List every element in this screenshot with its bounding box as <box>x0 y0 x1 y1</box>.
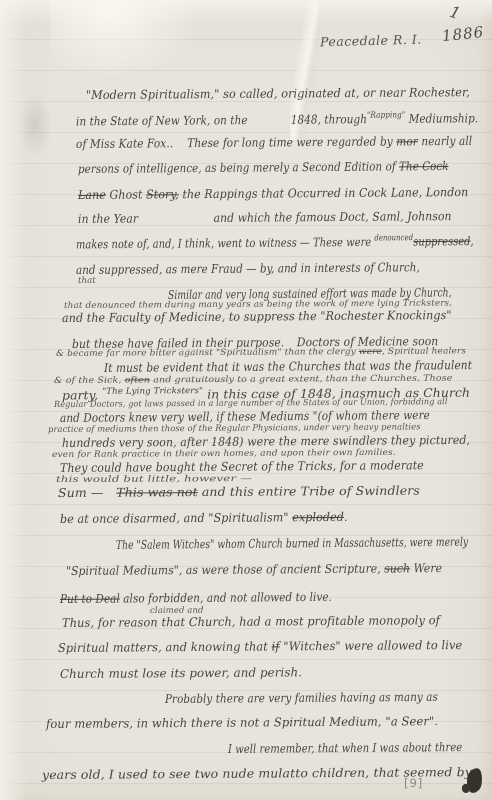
manuscript-segment: These for long time were regarded by <box>187 134 396 150</box>
manuscript-line: this would but little, however — <box>56 474 252 485</box>
manuscript-segment: "Witches" were allowed to live <box>280 638 463 653</box>
manuscript-segment-strike: such <box>384 561 410 575</box>
manuscript-line: Thus, for reason that Church, had a most… <box>62 613 440 630</box>
manuscript-line: They could have bought the Secret of the… <box>60 458 424 475</box>
manuscript-segment-strike: Put to Deal <box>60 592 120 606</box>
manuscript-line: persons of intelligence, as being merely… <box>78 159 449 176</box>
manuscript-line: and suppressed, as mere Fraud — by, and … <box>76 260 420 277</box>
manuscript-line: Sum —This was not and this entire Tribe … <box>58 484 420 500</box>
manuscript-line: four members, in which there is not a Sp… <box>46 714 438 731</box>
manuscript-segment-strike: Story, <box>146 187 179 201</box>
manuscript-segment: I well remember, that when I was about t… <box>228 740 462 756</box>
manuscript-segment: Sum — <box>58 486 104 500</box>
manuscript-segment: Church must lose its power, and perish. <box>60 665 302 681</box>
manuscript-page: 1 Peacedale R. I. 1886 "Modern Spiritual… <box>0 0 492 800</box>
manuscript-line: "Modern Spiritualism," so called, origin… <box>86 85 470 102</box>
manuscript-line: of Miss Kate Fox..These for long time we… <box>76 134 472 151</box>
manuscript-segment-strike: The Cock <box>399 159 449 173</box>
manuscript-line: Spiritual matters, and knowing that if "… <box>58 638 462 655</box>
manuscript-segment: , <box>470 234 473 248</box>
manuscript-line: in the State of New York, on the1848, th… <box>76 109 478 129</box>
manuscript-segment: It must be evident that it was the Churc… <box>104 358 472 375</box>
manuscript-segment: 1848, through <box>291 112 367 127</box>
manuscript-line: that <box>78 276 96 286</box>
manuscript-segment: Spiritual matters, and knowing that <box>58 639 272 655</box>
manuscript-line: I well remember, that when I was about t… <box>228 740 462 756</box>
manuscript-segment-strike: often <box>125 375 150 385</box>
manuscript-line: makes note of, and, I think, went to wit… <box>76 232 474 252</box>
manuscript-line: be at once disarmed, and "Spiritualism" … <box>60 510 348 526</box>
manuscript-segment: that <box>78 276 96 286</box>
manuscript-segment-strike: This was not <box>116 485 198 500</box>
manuscript-segment: four members, in which there is not a Sp… <box>46 714 438 731</box>
manuscript-segment: Thus, for reason that Church, had a most… <box>62 613 440 630</box>
manuscript-segment <box>138 222 214 223</box>
manuscript-line: Lane Ghost Story, the Rappings that Occu… <box>78 185 468 202</box>
manuscript-segment: and this entire Tribe of Swindlers <box>198 484 420 499</box>
manuscript-segment: nearly all <box>418 134 472 148</box>
manuscript-segment: and suppressed, as mere Fraud — by, and … <box>76 260 420 277</box>
manuscript-segment-strike: if <box>272 639 280 653</box>
manuscript-segment: Probably there are very families having … <box>165 690 438 706</box>
manuscript-segment: They could have bought the Secret of the… <box>60 458 424 475</box>
manuscript-segment-sup: "The Lying Tricksters" <box>102 385 203 396</box>
manuscript-line: Church must lose its power, and perish. <box>60 665 302 681</box>
manuscript-line: Put to Deal also forbidden, and not allo… <box>60 590 332 606</box>
manuscript-segment: this would but little, however — <box>56 474 252 485</box>
manuscript-segment: Ghost <box>106 187 146 201</box>
manuscript-segment: and the Faculty of Medicine, to suppress… <box>62 308 452 325</box>
dateline-place: Peacedale R. I. <box>320 32 422 50</box>
manuscript-segment: & of the Sick, <box>54 376 125 386</box>
manuscript-segment: in the Year <box>78 212 138 226</box>
manuscript-segment: , Spiritual healers <box>382 346 466 357</box>
manuscript-line: It must be evident that it was the Churc… <box>104 358 472 375</box>
manuscript-line: and the Faculty of Medicine, to suppress… <box>62 308 452 325</box>
manuscript-line: in the Yearand which the famous Doct, Sa… <box>78 209 452 226</box>
manuscript-segment: and which the famous Doct, Saml, Johnson <box>214 209 452 225</box>
manuscript-line: hundreds very soon, after 1848) were the… <box>62 433 470 450</box>
manuscript-segment: The "Salem Witches" whom Church burned i… <box>116 535 468 552</box>
manuscript-segment: hundreds very soon, after 1848) were the… <box>62 433 470 450</box>
manuscript-segment: persons of intelligence, as being merely… <box>78 159 399 176</box>
manuscript-segment: be at once disarmed, and "Spiritualism" <box>60 510 292 526</box>
manuscript-segment: Were <box>410 561 442 575</box>
manuscript-segment: & became far more bitter against "Spirit… <box>56 347 359 359</box>
manuscript-segment-sup: denounced <box>374 232 413 242</box>
manuscript-segment: the Rappings that Occurred in Cock Lane,… <box>179 185 469 201</box>
manuscript-segment: . <box>344 510 348 524</box>
manuscript-segment: of Miss Kate Fox.. <box>76 136 173 151</box>
manuscript-segment: "Spiritual Mediums", as were those of an… <box>66 562 384 578</box>
manuscript-segment: in the State of New York, on the <box>76 113 248 128</box>
paper-stain <box>18 92 52 158</box>
pencil-folio-number: [9] <box>404 776 423 790</box>
manuscript-line: "Spiritual Mediums", as were those of an… <box>66 561 442 578</box>
manuscript-segment-strike: were <box>359 347 382 357</box>
manuscript-segment: "Modern Spiritualism," so called, origin… <box>86 85 470 102</box>
manuscript-segment-strike: suppressed <box>413 234 470 248</box>
manuscript-segment-sup: "Rapping" <box>367 109 405 119</box>
manuscript-line: The "Salem Witches" whom Church burned i… <box>116 535 468 552</box>
manuscript-segment: also forbidden, and not allowed to live. <box>120 590 332 606</box>
paper-fold-mark <box>50 0 200 80</box>
manuscript-line: & became far more bitter against "Spirit… <box>56 346 466 359</box>
manuscript-segment-strike: exploded <box>292 510 344 524</box>
manuscript-segment-strike: mor <box>396 134 418 148</box>
manuscript-segment: makes note of, and, I think, went to wit… <box>76 235 374 252</box>
manuscript-segment-strike: Lane <box>78 188 106 202</box>
dateline-year: 1886 <box>441 23 485 45</box>
manuscript-segment: Mediumship. <box>405 111 478 126</box>
manuscript-line: Probably there are very families having … <box>165 690 438 706</box>
